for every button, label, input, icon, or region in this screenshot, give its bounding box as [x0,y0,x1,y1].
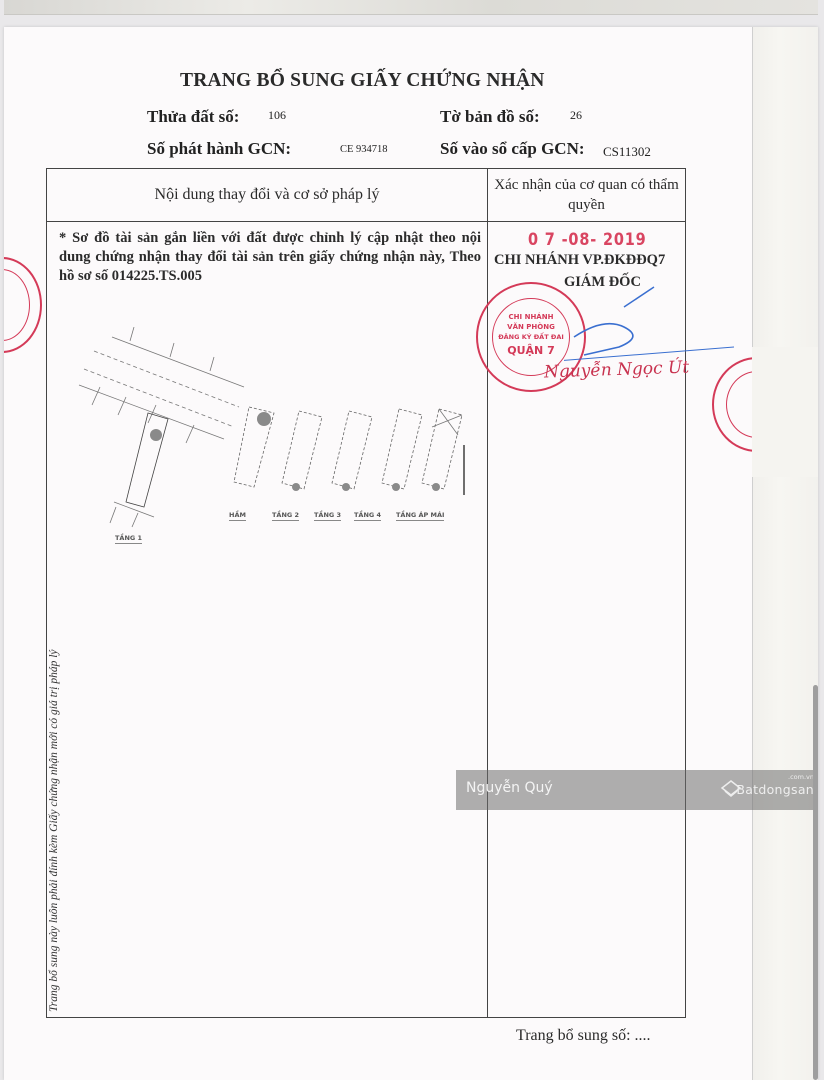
register-number-label: Số vào sổ cấp GCN: [440,139,585,159]
register-number-value: CS11302 [603,144,651,160]
parcel-value: 106 [268,108,286,123]
page-fold [752,27,818,1080]
side-legal-note: Trang bổ sung này luôn phải đính kèm Giấ… [48,650,60,1013]
watermark-brand: Batdongsan [736,782,814,797]
header-divider [47,221,685,222]
left-edge-seal [4,257,42,353]
change-description: * Sơ đồ tài sản gắn liền với đất được ch… [59,229,481,286]
issue-number-value: CE 934718 [340,144,388,155]
document-title: TRANG BỔ SUNG GIẤY CHỨNG NHẬN [180,70,545,92]
supplement-page-number: Trang bổ sung số: .... [516,1027,651,1045]
plan-label-basement: HẦM [229,511,246,521]
plan-label-floor-1: TẦNG 1 [115,534,142,544]
office-name: CHI NHÁNH VP.ĐKĐĐQ7 [494,252,665,269]
fold-cover [752,347,818,477]
date-stamp: 0 7 -08- 2019 [528,230,647,250]
watermark-domain: .com.vn [788,773,814,781]
scrollbar[interactable] [813,685,818,1080]
column-divider [487,169,488,1017]
plan-label-floor-4: TẦNG 4 [354,511,381,521]
previous-page-edge [4,0,818,15]
parcel-label: Thửa đất số: [147,107,239,127]
header-change-content: Nội dung thay đổi và cơ sở pháp lý [47,169,487,221]
plan-label-roof: TẦNG ÁP MÁI [396,511,444,521]
document-page: TRANG BỔ SUNG GIẤY CHỨNG NHẬN Thửa đất s… [4,27,818,1080]
header-authority-confirmation: Xác nhận của cơ quan có thẩm quyền [488,169,685,221]
floor-plan-diagram [64,327,484,537]
map-sheet-label: Tờ bản đồ số: [440,107,540,127]
watermark-author: Nguyễn Quý [466,780,553,796]
left-seal-inner-ring [4,269,30,341]
map-sheet-value: 26 [570,108,582,123]
plan-label-floor-2: TẦNG 2 [272,511,299,521]
plan-label-floor-3: TẦNG 3 [314,511,341,521]
watermark-banner: Nguyễn Quý .com.vn Batdongsan [456,770,818,810]
issue-number-label: Số phát hành GCN: [147,139,291,159]
